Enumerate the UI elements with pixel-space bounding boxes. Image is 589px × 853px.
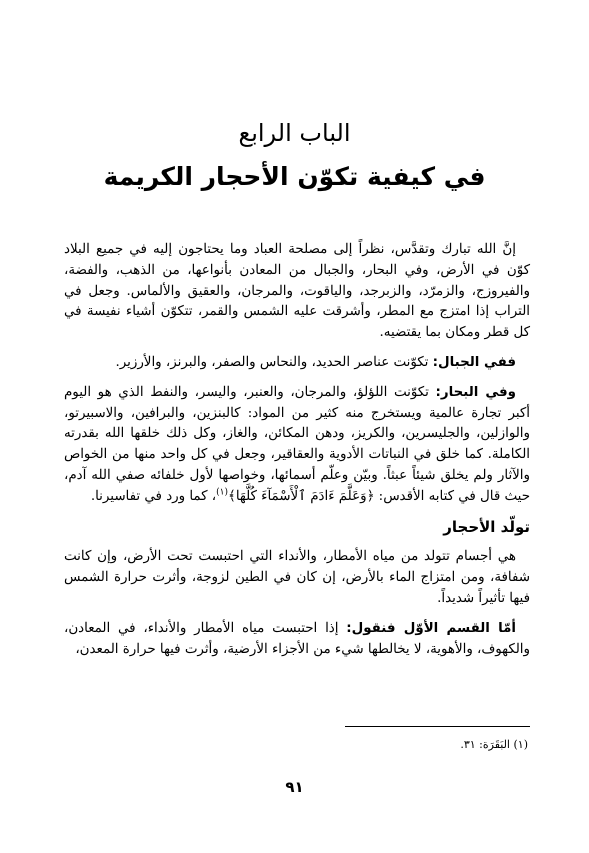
paragraph-text-tail: ، كما ورد في تفاسيرنا. (91, 489, 216, 504)
paragraph-lead: أمّا القسم الأوّل فنقول: (346, 621, 516, 636)
paragraph-text: تكوّنت عناصر الحديد، والنحاس والصفر، وال… (116, 355, 433, 370)
chapter-title: في كيفية تكوّن الأحجار الكريمة (0, 160, 589, 194)
paragraph-intro: إنَّ الله تبارك وتقدَّس، نظراً إلى مصلحة… (64, 240, 530, 344)
section-heading: تولّد الأحجار (64, 517, 530, 538)
paragraph-first-part: أمّا القسم الأوّل فنقول: إذا احتبست مياه… (64, 619, 530, 661)
footnote-reference[interactable]: (١) (216, 487, 228, 497)
book-page: الباب الرابع في كيفية تكوّن الأحجار الكر… (0, 0, 589, 853)
paragraph-text: هي أجسام تتولد من مياه الأمطار، والأنداء… (64, 549, 530, 606)
paragraph-text: تكوّنت اللؤلؤ، والمرجان، والعنبر، واليسر… (64, 385, 530, 504)
quran-verse: ﴿وَعَلَّمَ ءَادَمَ ٱلْأَسْمَآءَ كُلَّهَا… (228, 489, 374, 504)
paragraph-lead: ففي الجبال: (433, 355, 516, 370)
chapter-label: الباب الرابع (0, 118, 589, 148)
paragraph-mountains: ففي الجبال: تكوّنت عناصر الحديد، والنحاس… (64, 353, 530, 374)
paragraph-text: إنَّ الله تبارك وتقدَّس، نظراً إلى مصلحة… (64, 242, 530, 340)
paragraph-formation: هي أجسام تتولد من مياه الأمطار، والأنداء… (64, 547, 530, 609)
paragraph-seas: وفي البحار: تكوّنت اللؤلؤ، والمرجان، وال… (64, 383, 530, 508)
footnote: (١) البَقَرَة: ٣١. (300, 738, 528, 751)
page-number: ٩١ (0, 778, 589, 796)
footnote-divider (345, 726, 530, 727)
body-text: إنَّ الله تبارك وتقدَّس، نظراً إلى مصلحة… (64, 240, 530, 669)
paragraph-lead: وفي البحار: (436, 385, 517, 400)
